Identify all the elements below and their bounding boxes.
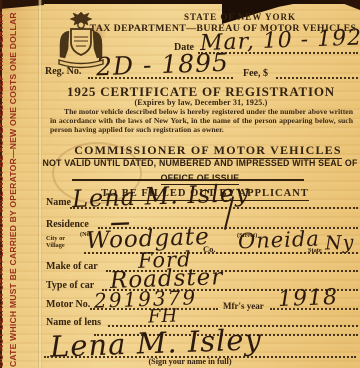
expires-note: (Expires by law, December 31, 1925.) xyxy=(42,98,360,107)
make-label: Make of car xyxy=(46,261,98,272)
lens-value: FH xyxy=(148,305,179,327)
city-line xyxy=(84,252,358,254)
fee-label: Fee, $ xyxy=(243,68,268,79)
residence-label: Residence xyxy=(46,219,89,230)
year-value: 1918 xyxy=(278,285,339,312)
commissioner-heading: COMMISSIONER OF MOTOR VEHICLES xyxy=(74,143,341,159)
motor-label: Motor No. xyxy=(46,299,90,310)
year-label: Mfr's year xyxy=(223,301,264,311)
commissioner-heading-wrap: COMMISSIONER OF MOTOR VEHICLES xyxy=(60,141,356,159)
state-heading: STATE OF NEW YORK xyxy=(120,12,360,22)
sign-hint: (Sign your name in full) xyxy=(100,357,280,366)
city-label: City or Village xyxy=(46,236,65,249)
registration-paragraph: The motor vehicle described below is her… xyxy=(50,108,353,134)
not-valid-line1: NOT VALID UNTIL DATED, NUMBERED AND IMPR… xyxy=(42,158,358,168)
reg-no-value: 2D - 1895 xyxy=(96,48,230,82)
lens-label: Name of lens xyxy=(46,317,101,328)
reg-no-label: Reg. No. xyxy=(45,66,81,77)
warning-text-inner: CATE WHICH MUST BE CARRIED BY OPERATOR—N… xyxy=(8,12,18,367)
name-label: Name xyxy=(46,197,71,208)
registration-certificate: DO NOT DETACH OR APPLICATION WILL NOT BE… xyxy=(0,0,360,368)
warning-text-outer: DO NOT DETACH OR APPLICATION WILL NOT BE… xyxy=(0,11,5,367)
motor-value: 2919379 xyxy=(94,285,198,313)
type-label: Type of car xyxy=(46,280,94,291)
fee-line xyxy=(276,77,358,79)
city-label-line2: Village xyxy=(46,243,65,250)
